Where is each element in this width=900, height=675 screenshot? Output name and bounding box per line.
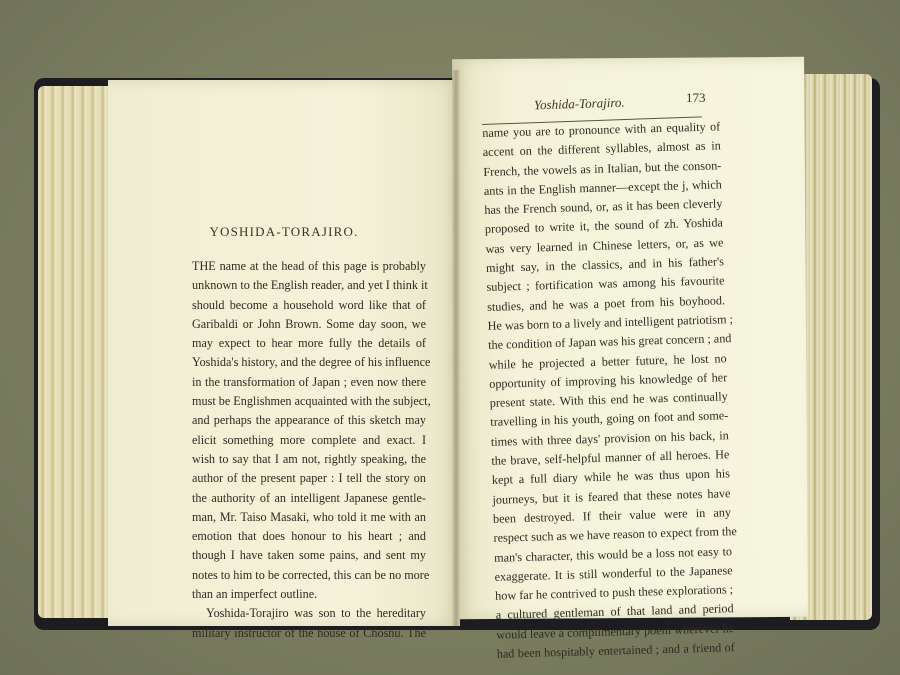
text-line: notes to him to be corrected, this can b… — [192, 566, 426, 585]
text-line: author of the present paper : I tell the… — [192, 469, 426, 488]
text-line: than an imperfect outline. — [192, 585, 426, 604]
text-line: elicit something more complete and exact… — [192, 431, 426, 450]
text-line: in the transformation of Japan ; even no… — [192, 373, 426, 392]
text-line: emotion that does honour to his heart ; … — [192, 527, 426, 546]
running-head: Yoshida-Torajiro. — [534, 95, 625, 114]
text-line: military instructor of the house of Chos… — [192, 624, 426, 643]
text-line: THE name at the head of this page is pro… — [192, 257, 426, 276]
text-line: Yoshida's history, and the degree of his… — [192, 353, 426, 372]
page-number: 173 — [686, 90, 706, 106]
text-line: Garibaldi or John Brown. Some day soon, … — [192, 315, 426, 334]
text-line: wish to say that I am not, rightly speak… — [192, 450, 426, 469]
chapter-title: YOSHIDA-TORAJIRO. — [108, 224, 460, 240]
page-edges-left — [38, 86, 118, 618]
text-line: unknown to the English reader, and yet I… — [192, 276, 426, 295]
text-line: may expect to hear more fully the detail… — [192, 334, 426, 353]
text-line: the authority of an intelligent Japanese… — [192, 489, 426, 508]
text-line: must be Englishmen acquainted with the s… — [192, 392, 426, 411]
text-line: should become a household word like that… — [192, 296, 426, 315]
text-line: man, Mr. Taiso Masaki, who told it me wi… — [192, 508, 426, 527]
right-page-text: name you are to pronounce with an equali… — [482, 117, 735, 664]
text-line: Yoshida-Torajiro was son to the heredita… — [192, 604, 426, 623]
text-line: though I have taken some pains, and sent… — [192, 546, 426, 565]
book-gutter — [452, 70, 460, 626]
text-line: and perhaps the appearance of this sketc… — [192, 411, 426, 430]
left-page-text: THE name at the head of this page is pro… — [192, 257, 426, 643]
